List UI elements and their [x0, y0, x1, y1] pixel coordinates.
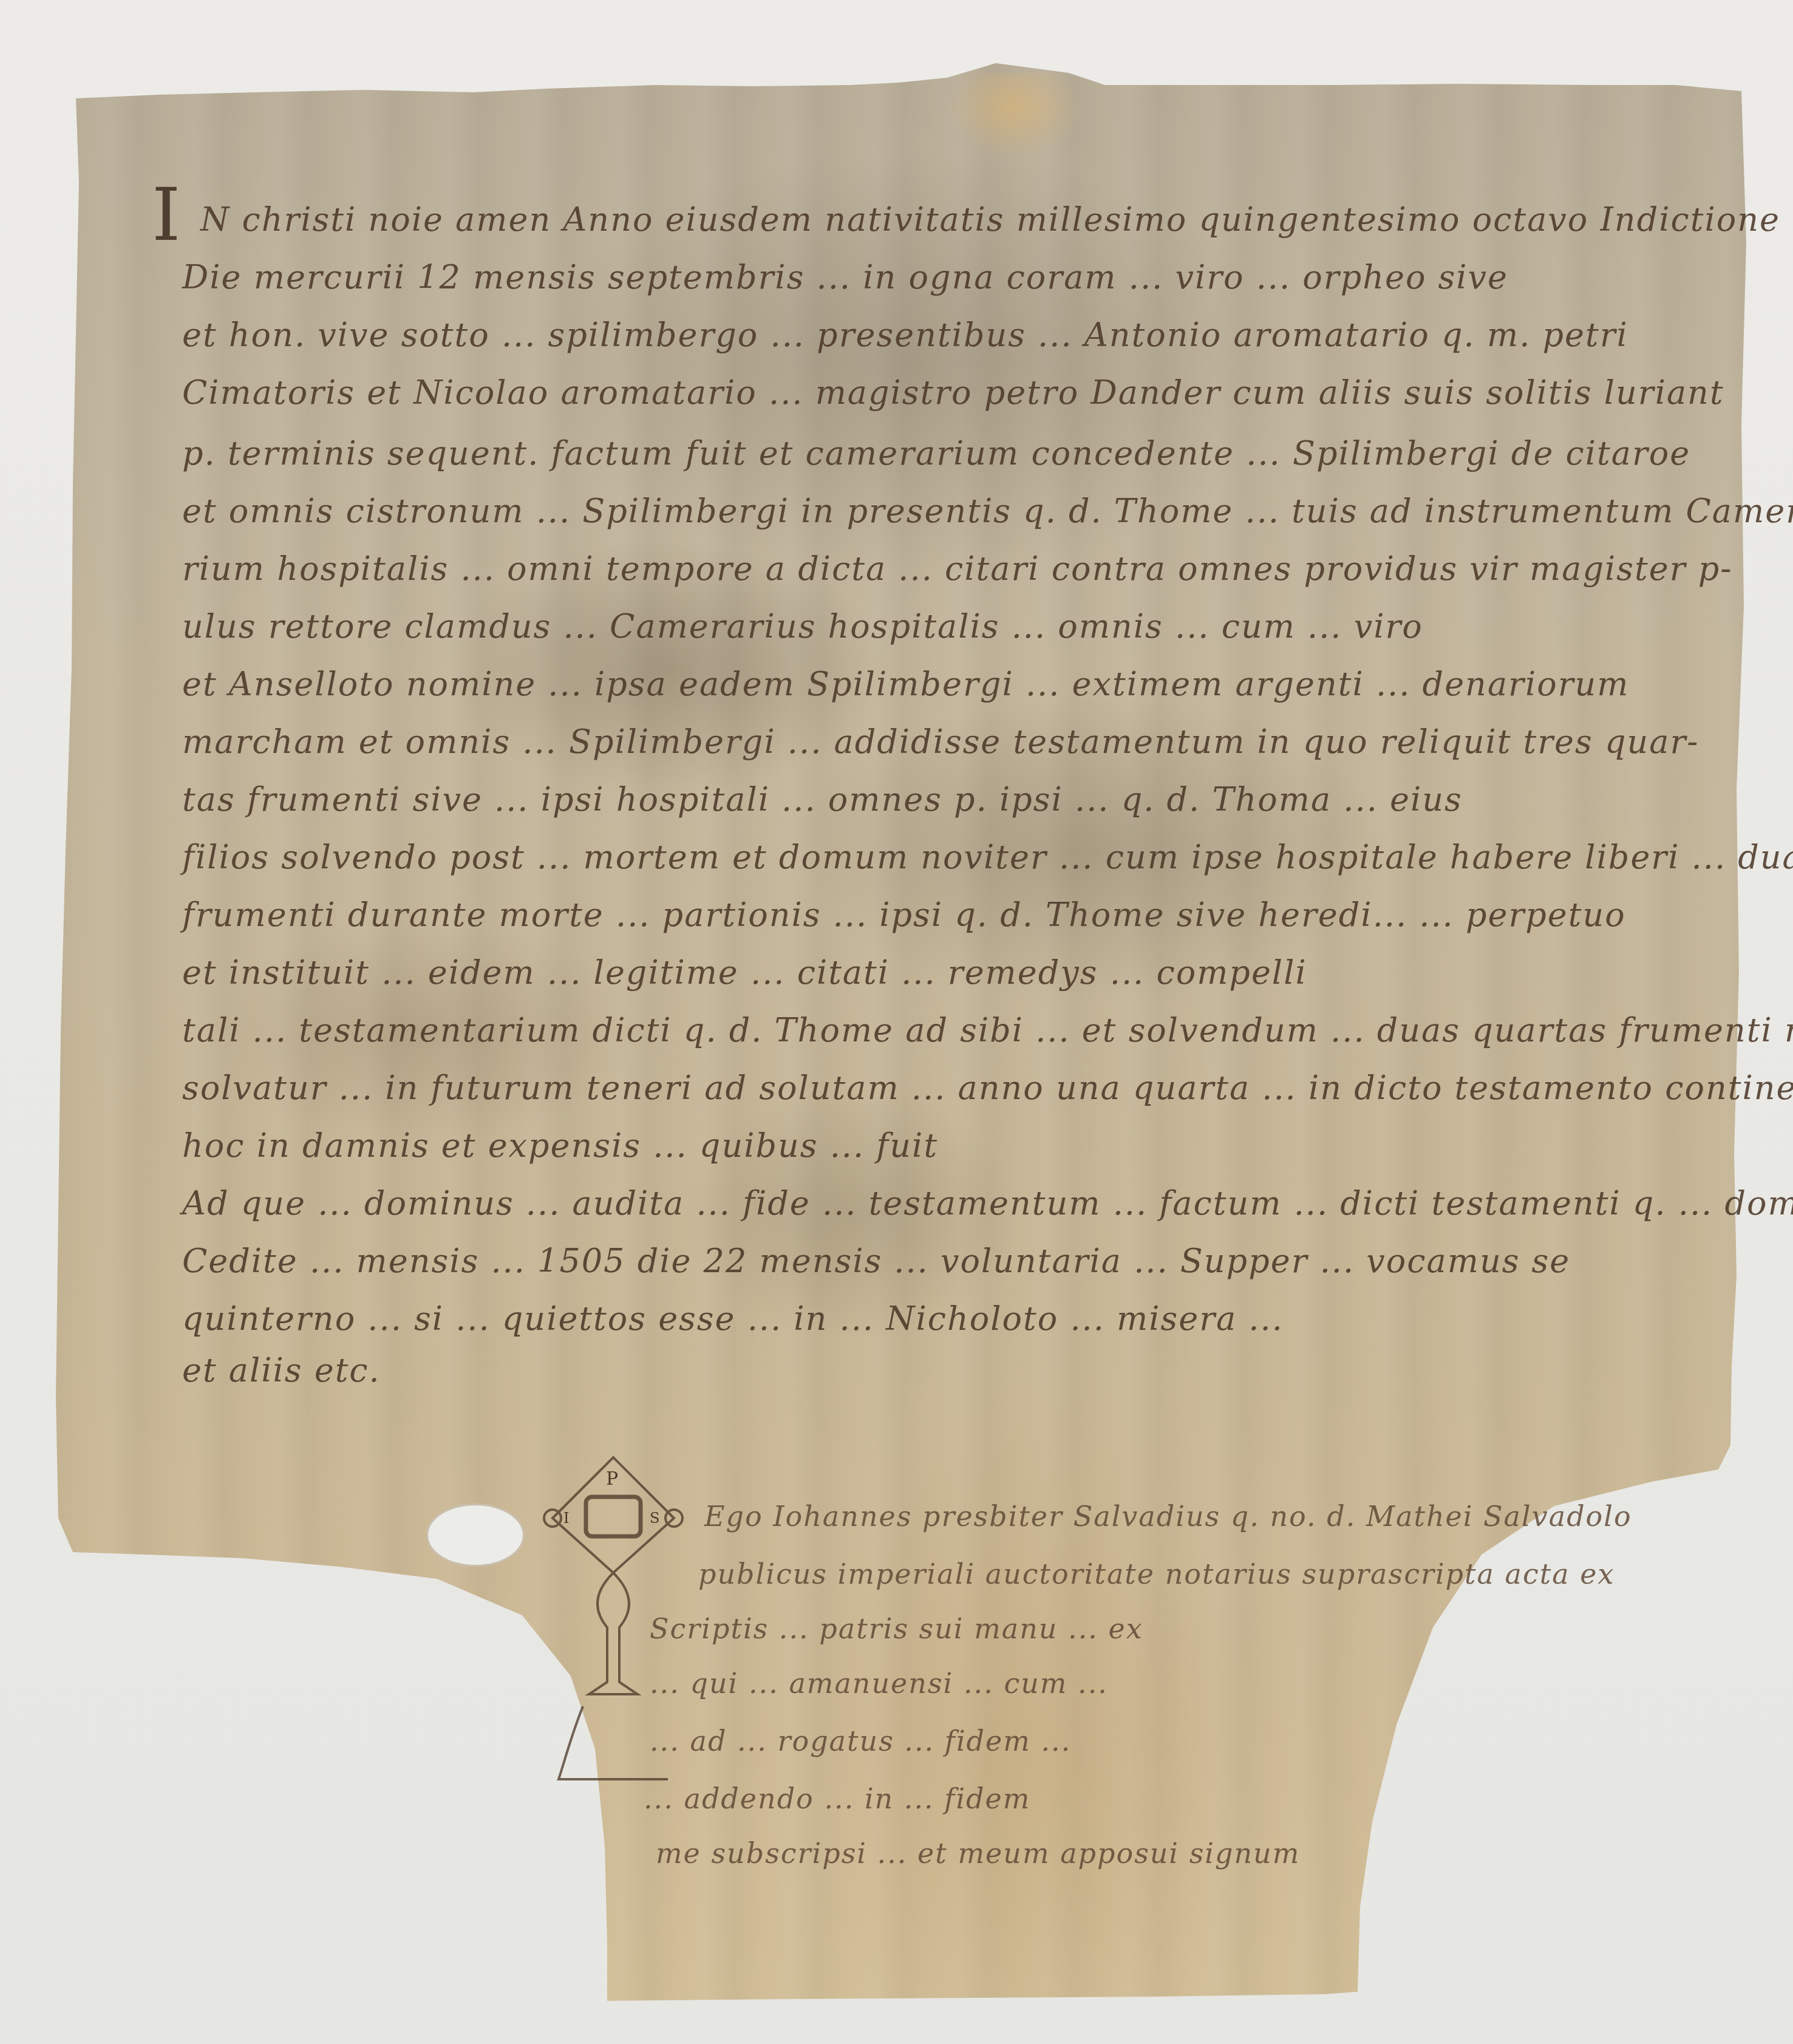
text-line: et hon. vive sotto ... spilimbergo ... p… — [182, 316, 1628, 354]
text-line: ulus rettore clamdus ... Camerarius hosp… — [182, 607, 1423, 646]
text-line: quinterno ... si ... quiettos esse ... i… — [182, 1300, 1284, 1338]
text-line: hoc in damnis et expensis ... quibus ...… — [182, 1126, 938, 1165]
decorated-initial: I — [152, 173, 180, 257]
text-line: frumenti durante morte ... partionis ...… — [182, 896, 1626, 934]
subscription-line: ... addendo ... in ... fidem — [644, 1782, 1030, 1815]
text-line: marcham et omnis ... Spilimbergi ... add… — [182, 723, 1699, 761]
svg-text:I: I — [563, 1510, 569, 1527]
top-edge-stain — [947, 73, 1081, 158]
subscription-line: ... ad ... rogatus ... fidem ... — [650, 1725, 1071, 1757]
text-line: Die mercurii 12 mensis septembris ... in… — [182, 258, 1508, 296]
text-line: et instituit ... eidem ... legitime ... … — [182, 953, 1307, 992]
text-line: tali ... testamentarium dicti q. d. Thom… — [182, 1011, 1793, 1049]
text-line: Ad que ... dominus ... audita ... fide .… — [182, 1184, 1793, 1222]
text-line: tas frumenti sive ... ipsi hospitali ...… — [182, 780, 1463, 819]
text-line: Cimatoris et Nicolao aromatario ... magi… — [182, 373, 1724, 412]
text-line: rium hospitalis ... omni tempore a dicta… — [182, 550, 1732, 588]
subscription-line: me subscripsi ... et meum apposui signum — [656, 1837, 1300, 1870]
text-line: et Anselloto nomine ... ipsa eadem Spili… — [182, 665, 1629, 703]
svg-text:P: P — [606, 1468, 618, 1490]
subscription-line: publicus imperiali auctoritate notarius … — [698, 1558, 1614, 1590]
text-line: et omnis cistronum ... Spilimbergi in pr… — [182, 492, 1793, 530]
text-line: filios solvendo post ... mortem et domum… — [182, 838, 1793, 876]
subscription-line: ... qui ... amanuensi ... cum ... — [650, 1667, 1108, 1700]
subscription-line: Scriptis ... patris sui manu ... ex — [650, 1612, 1143, 1645]
subscription-line: Ego Iohannes presbiter Salvadius q. no. … — [704, 1500, 1632, 1533]
text-line: p. terminis sequent. factum fuit et came… — [182, 434, 1690, 472]
text-line: solvatur ... in futurum teneri ad soluta… — [182, 1069, 1793, 1107]
parchment-hole — [426, 1504, 525, 1567]
text-line: N christi noie amen Anno eiusdem nativit… — [200, 200, 1780, 239]
text-line: Cedite ... mensis ... 1505 die 22 mensis… — [182, 1242, 1570, 1280]
text-line: et aliis etc. — [182, 1351, 381, 1389]
svg-text:S: S — [650, 1510, 659, 1527]
